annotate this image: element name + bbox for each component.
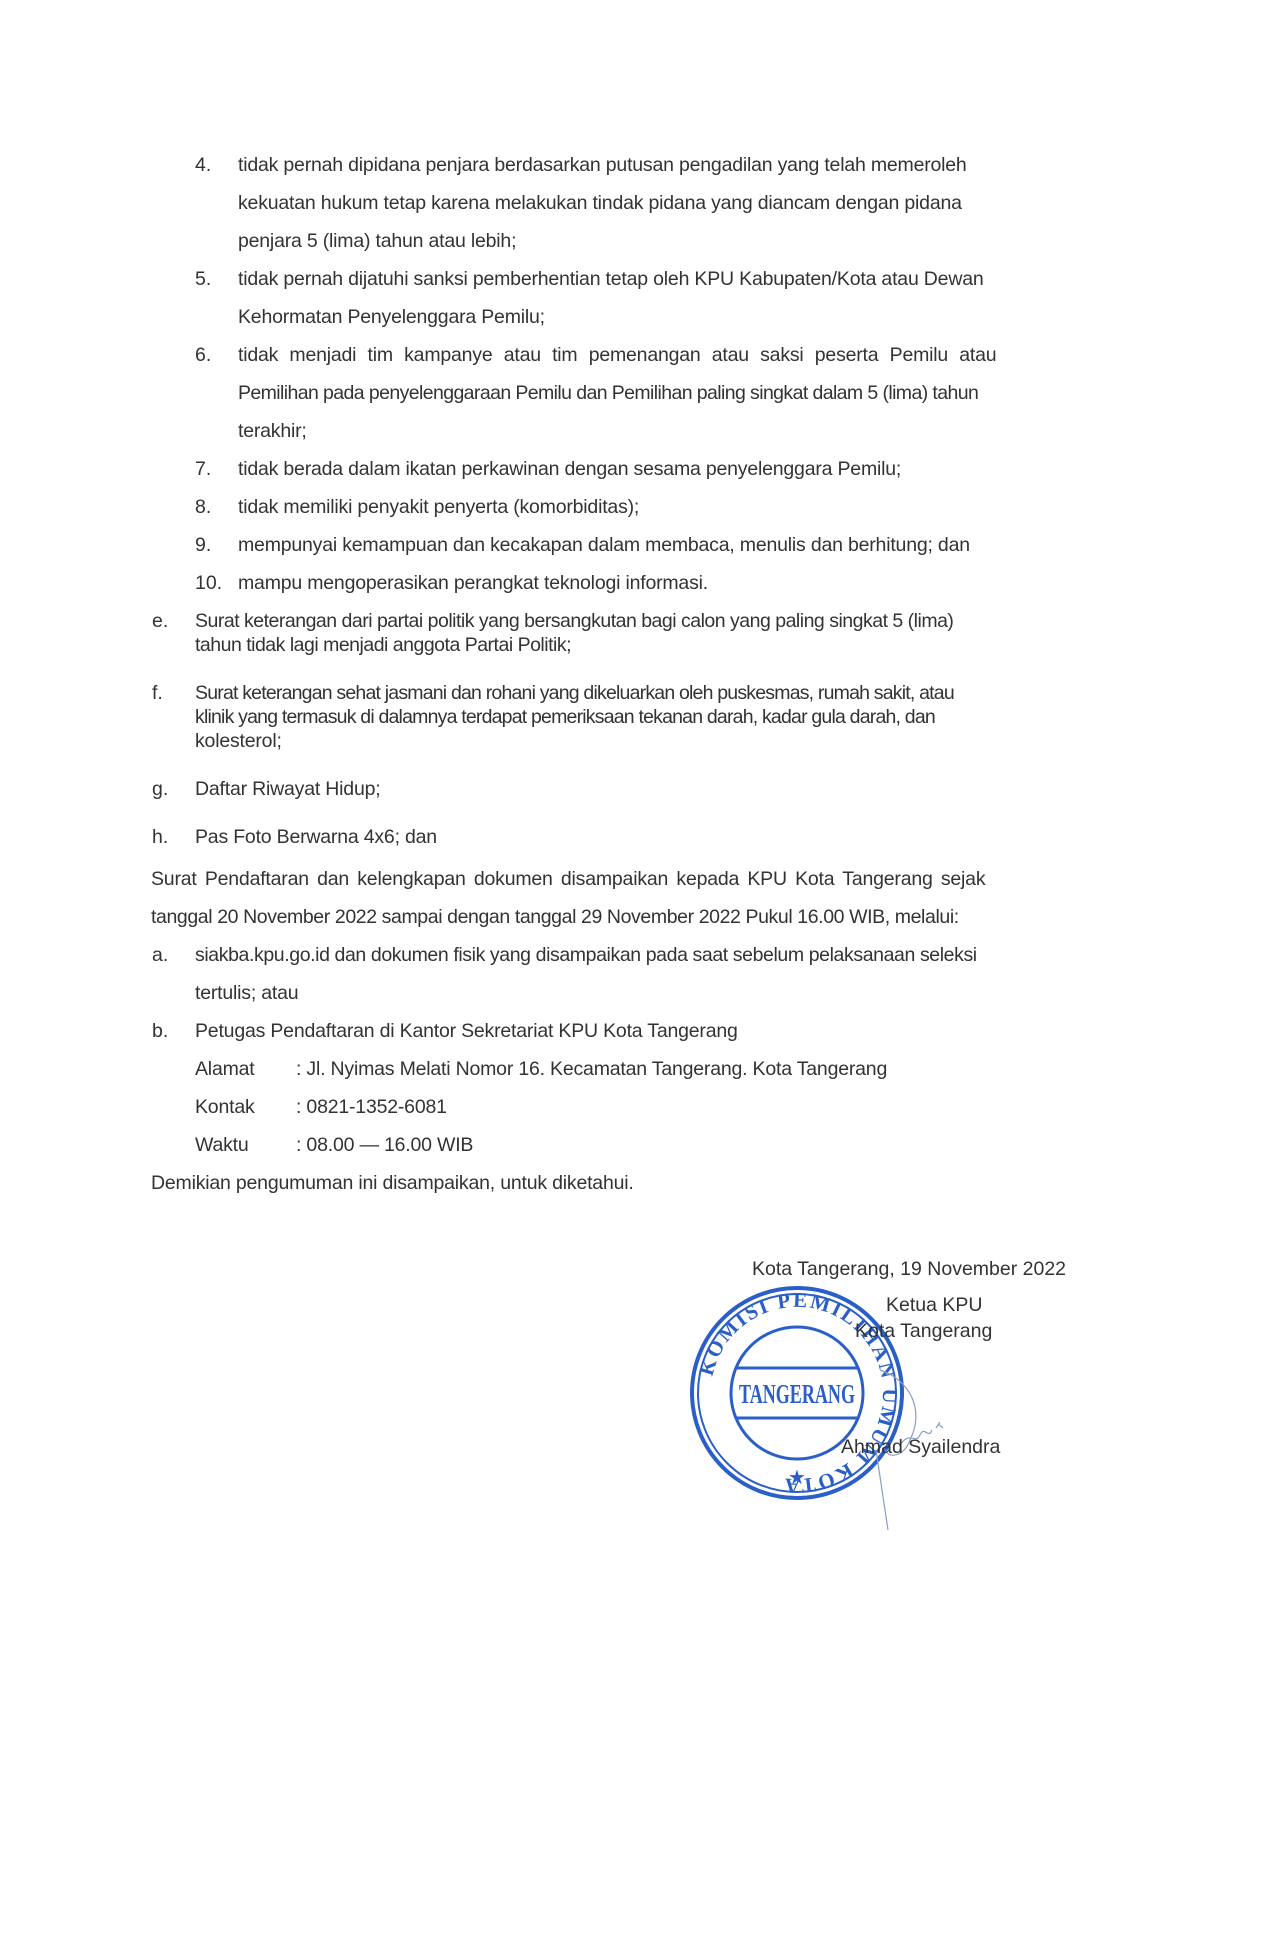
detail-value-time: : 08.00 — 16.00 WIB — [296, 1132, 473, 1158]
detail-label-address: Alamat — [195, 1056, 255, 1082]
list-item-line: tidak menjadi tim kampanye atau tim peme… — [238, 342, 996, 368]
list-item-line: Pemilihan pada penyelenggaraan Pemilu da… — [238, 380, 978, 406]
submission-intro-line: tanggal 20 November 2022 sampai dengan t… — [151, 904, 959, 930]
stamp-center-text: TANGERANG — [739, 1379, 855, 1409]
list-item-line: tidak pernah dijatuhi sanksi pemberhenti… — [238, 266, 984, 292]
item-number: 6. — [195, 342, 211, 368]
list-item-line: tidak berada dalam ikatan perkawinan den… — [238, 456, 901, 482]
item-letter: e. — [152, 608, 168, 634]
list-item-line: tidak pernah dipidana penjara berdasarka… — [238, 152, 1126, 178]
list-item-line: tidak memiliki penyakit penyerta (komorb… — [238, 494, 639, 520]
channel-line: Petugas Pendaftaran di Kantor Sekretaria… — [195, 1018, 738, 1044]
document-page: 4. tidak pernah dipidana penjara berdasa… — [0, 0, 1267, 1951]
list-item-line: mempunyai kemampuan dan kecakapan dalam … — [238, 532, 970, 558]
list-item-line: Daftar Riwayat Hidup; — [195, 776, 380, 802]
item-letter: a. — [152, 942, 168, 968]
item-letter: h. — [152, 824, 168, 850]
list-item-line: Kehormatan Penyelenggara Pemilu; — [238, 304, 545, 330]
detail-label-contact: Kontak — [195, 1094, 255, 1120]
item-letter: b. — [152, 1018, 168, 1044]
item-number: 7. — [195, 456, 211, 482]
item-number: 4. — [195, 152, 211, 178]
list-item-line: kekuatan hukum tetap karena melakukan ti… — [238, 190, 962, 216]
list-item-line: Pas Foto Berwarna 4x6; dan — [195, 824, 437, 850]
list-item-line: klinik yang termasuk di dalamnya terdapa… — [195, 704, 935, 730]
list-item-line: mampu mengoperasikan perangkat teknologi… — [238, 570, 708, 596]
signatory-organization: Kota Tangerang — [855, 1318, 992, 1344]
list-item-line: tahun tidak lagi menjadi anggota Partai … — [195, 632, 571, 658]
signatory-name: Ahmad Syailendra — [841, 1434, 1000, 1460]
item-number: 10. — [195, 570, 222, 596]
channel-line: tertulis; atau — [195, 980, 298, 1006]
item-number: 9. — [195, 532, 211, 558]
list-item-line: Surat keterangan sehat jasmani dan rohan… — [195, 680, 954, 706]
channel-line: siakba.kpu.go.id dan dokumen fisik yang … — [195, 942, 977, 968]
detail-value-contact: : 0821-1352-6081 — [296, 1094, 447, 1120]
submission-intro-line: Surat Pendaftaran dan kelengkapan dokume… — [151, 866, 985, 892]
item-number: 8. — [195, 494, 211, 520]
list-item-line: Surat keterangan dari partai politik yan… — [195, 608, 953, 634]
place-date: Kota Tangerang, 19 November 2022 — [752, 1256, 1066, 1282]
list-item-line: penjara 5 (lima) tahun atau lebih; — [238, 228, 516, 254]
star-icon: ★ — [788, 1467, 806, 1489]
detail-value-address: : Jl. Nyimas Melati Nomor 16. Kecamatan … — [296, 1056, 887, 1082]
closing-statement: Demikian pengumuman ini disampaikan, unt… — [151, 1170, 634, 1196]
list-item-line: terakhir; — [238, 418, 307, 444]
signatory-title: Ketua KPU — [886, 1292, 982, 1318]
detail-label-time: Waktu — [195, 1132, 249, 1158]
item-letter: f. — [152, 680, 163, 706]
item-number: 5. — [195, 266, 211, 292]
list-item-line: kolesterol; — [195, 728, 282, 754]
item-letter: g. — [152, 776, 168, 802]
